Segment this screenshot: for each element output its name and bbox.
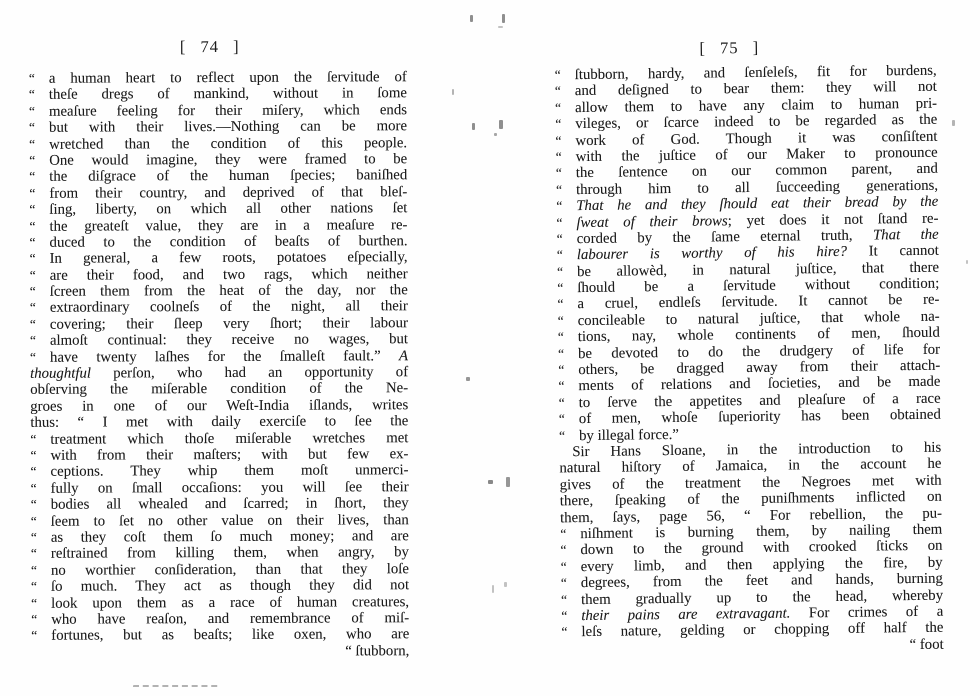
scan-speck: [952, 120, 955, 126]
quote-mark: “: [31, 481, 51, 497]
scan-speck: [966, 260, 968, 264]
text-line: thus: “ I met with daily exerciſe to ſee…: [30, 413, 408, 431]
book-scan: [ 74 ] “a human heart to reflect upon th…: [0, 0, 980, 696]
quote-mark: “: [29, 136, 49, 152]
scan-speck: [472, 123, 475, 130]
quote-mark: “: [557, 280, 577, 297]
scan-speck: [504, 582, 507, 587]
text-line: “extraordinary coolneſs of the night, al…: [30, 299, 408, 317]
scan-speck: [498, 26, 503, 28]
quote-mark: “: [561, 624, 581, 641]
quote-mark: “: [556, 165, 576, 182]
quote-mark: “: [557, 264, 577, 281]
quote-mark: “: [31, 546, 51, 562]
text-line: “One would imagine, they were framed to …: [29, 151, 407, 169]
text-line: “who have reaſon, and remembrance of miſ…: [31, 610, 409, 628]
text-line: “reſtrained from killing them, when angr…: [31, 545, 409, 563]
text-line: “look upon them as a race of human creat…: [31, 594, 409, 612]
quote-mark: “: [556, 149, 576, 166]
scan-speck: [499, 120, 503, 129]
text-line: “as they coſt them ſo much money; and ar…: [31, 528, 409, 546]
text-line: “theſe dregs of mankind, without in ſome: [29, 86, 407, 104]
catchword: “ ſtubborn,: [31, 643, 409, 661]
quote-mark: “: [561, 608, 581, 625]
quote-mark: “: [559, 395, 579, 412]
quote-mark: “: [559, 428, 579, 445]
text-line: “ſo much. They act as though they did no…: [31, 577, 409, 595]
text-line: “the greateſt value, they are in a meaſu…: [29, 217, 407, 235]
text-line: “a human heart to reflect upon the ſervi…: [29, 69, 407, 87]
page-74: [ 74 ] “a human heart to reflect upon th…: [29, 35, 410, 661]
quote-mark: “: [29, 185, 49, 201]
quote-mark: “: [29, 87, 49, 103]
text-line: “are their food, and two rags, which nei…: [30, 266, 408, 284]
quote-mark: “: [557, 247, 577, 264]
quote-mark: “: [29, 169, 49, 185]
scan-speck: [502, 14, 505, 23]
right-text-block: “ſtubborn, hardy, and ſenſeleſs, fit for…: [555, 63, 944, 658]
quote-mark: “: [556, 182, 576, 199]
text-line: “no worthier conſideration, than that th…: [31, 561, 409, 579]
quote-mark: “: [29, 71, 49, 87]
quote-mark: “: [555, 116, 575, 133]
quote-mark: “: [558, 313, 578, 330]
quote-mark: “: [31, 562, 51, 578]
text-line: groes in one of our Weſt-India iſlands, …: [30, 397, 408, 415]
text-line: “almoſt continual: they receive no wages…: [30, 331, 408, 349]
quote-mark: “: [561, 575, 581, 592]
text-line: obſerving the miſerable condition of the…: [30, 381, 408, 399]
quote-mark: “: [30, 333, 50, 349]
quote-mark: “: [558, 362, 578, 379]
text-line: “but with their lives.—Nothing can be mo…: [29, 118, 407, 136]
quote-mark: “: [555, 67, 575, 84]
quote-mark: “: [555, 83, 575, 100]
quote-mark: “: [31, 612, 51, 628]
text-line: “from their country, and deprived of tha…: [29, 184, 407, 202]
text-line: “wretched than the condition of this peo…: [29, 135, 407, 153]
scan-speck: [494, 133, 497, 136]
text-line: “fully on ſmall occaſions: you will ſee …: [31, 479, 409, 497]
text-line: “ſeem to ſet no other value on their liv…: [31, 512, 409, 530]
text-line: thoughtful perſon, who had an opportunit…: [30, 364, 408, 382]
quote-mark: “: [29, 202, 49, 218]
quote-mark: “: [30, 431, 50, 447]
quote-mark: “: [555, 100, 575, 117]
quote-mark: “: [30, 300, 50, 316]
quote-mark: “: [558, 379, 578, 396]
text-line: “ſing, liberty, on which all other natio…: [29, 200, 407, 218]
text-line: “covering; their ſleep very ſhort; their…: [30, 315, 408, 333]
scan-speck: [133, 685, 218, 690]
quote-mark: “: [561, 592, 581, 609]
quote-mark: “: [31, 513, 51, 529]
quote-mark: “: [29, 153, 49, 169]
text-line: “treatment which thoſe miſerable wretche…: [30, 430, 408, 448]
quote-mark: “: [31, 530, 51, 546]
quote-mark: “: [30, 349, 50, 365]
left-text-block: “a human heart to reflect upon the ſervi…: [29, 69, 410, 661]
text-line: “ſcreen them from the heat of the day, n…: [30, 282, 408, 300]
quote-mark: “: [29, 120, 49, 136]
quote-mark: “: [556, 198, 576, 215]
quote-mark: “: [30, 235, 50, 251]
text-line: “the diſgrace of the human ſpecies; bani…: [29, 168, 407, 186]
text-line: “bodies all whealed and ſcarred; in ſhor…: [31, 495, 409, 513]
quote-mark: “: [555, 133, 575, 150]
scan-speck: [506, 477, 510, 487]
scan-speck: [492, 585, 494, 593]
quote-mark: “: [31, 628, 51, 644]
text-line: “have twenty laſhes for the ſmalleſt fau…: [30, 348, 408, 366]
text-line: “In general, a few roots, potatoes eſpec…: [30, 249, 408, 267]
quote-mark: “: [560, 526, 580, 543]
text-line: “duced to the condition of beaſts of bur…: [30, 233, 408, 251]
quote-mark: “: [561, 559, 581, 576]
quote-mark: “: [559, 411, 579, 428]
quote-mark: “: [557, 231, 577, 248]
scan-speck: [470, 15, 473, 22]
quote-mark: “: [29, 104, 49, 120]
quote-mark: “: [30, 284, 50, 300]
quote-mark: “: [30, 448, 50, 464]
page-number-right: [ 75 ]: [538, 35, 920, 61]
text-line: “ceptions. They whip them moſt unmerci-: [31, 463, 409, 481]
text-line: “with from their maſters; with but few e…: [30, 446, 408, 464]
scan-speck: [488, 480, 493, 484]
quote-mark: “: [31, 497, 51, 513]
quote-mark: “: [557, 297, 577, 314]
quote-mark: “: [30, 251, 50, 267]
quote-mark: “: [558, 346, 578, 363]
quote-mark: “: [31, 464, 51, 480]
page-number-left: [ 74 ]: [21, 35, 399, 58]
quote-mark: “: [31, 595, 51, 611]
scan-speck: [466, 377, 470, 381]
page-75: [ 75 ] “ſtubborn, hardy, and ſenſeleſs, …: [554, 35, 944, 658]
quote-mark: “: [30, 267, 50, 283]
quote-mark: “: [29, 218, 49, 234]
quote-mark: “: [31, 579, 51, 595]
quote-mark: “: [556, 215, 576, 232]
scan-speck: [452, 89, 454, 95]
quote-mark: “: [30, 317, 50, 333]
quote-mark: “: [560, 542, 580, 559]
text-line: “fortunes, but as beaſts; like oxen, who…: [31, 626, 409, 644]
quote-mark: “: [558, 329, 578, 346]
text-line: “meaſure feeling for their miſery, which…: [29, 102, 407, 120]
